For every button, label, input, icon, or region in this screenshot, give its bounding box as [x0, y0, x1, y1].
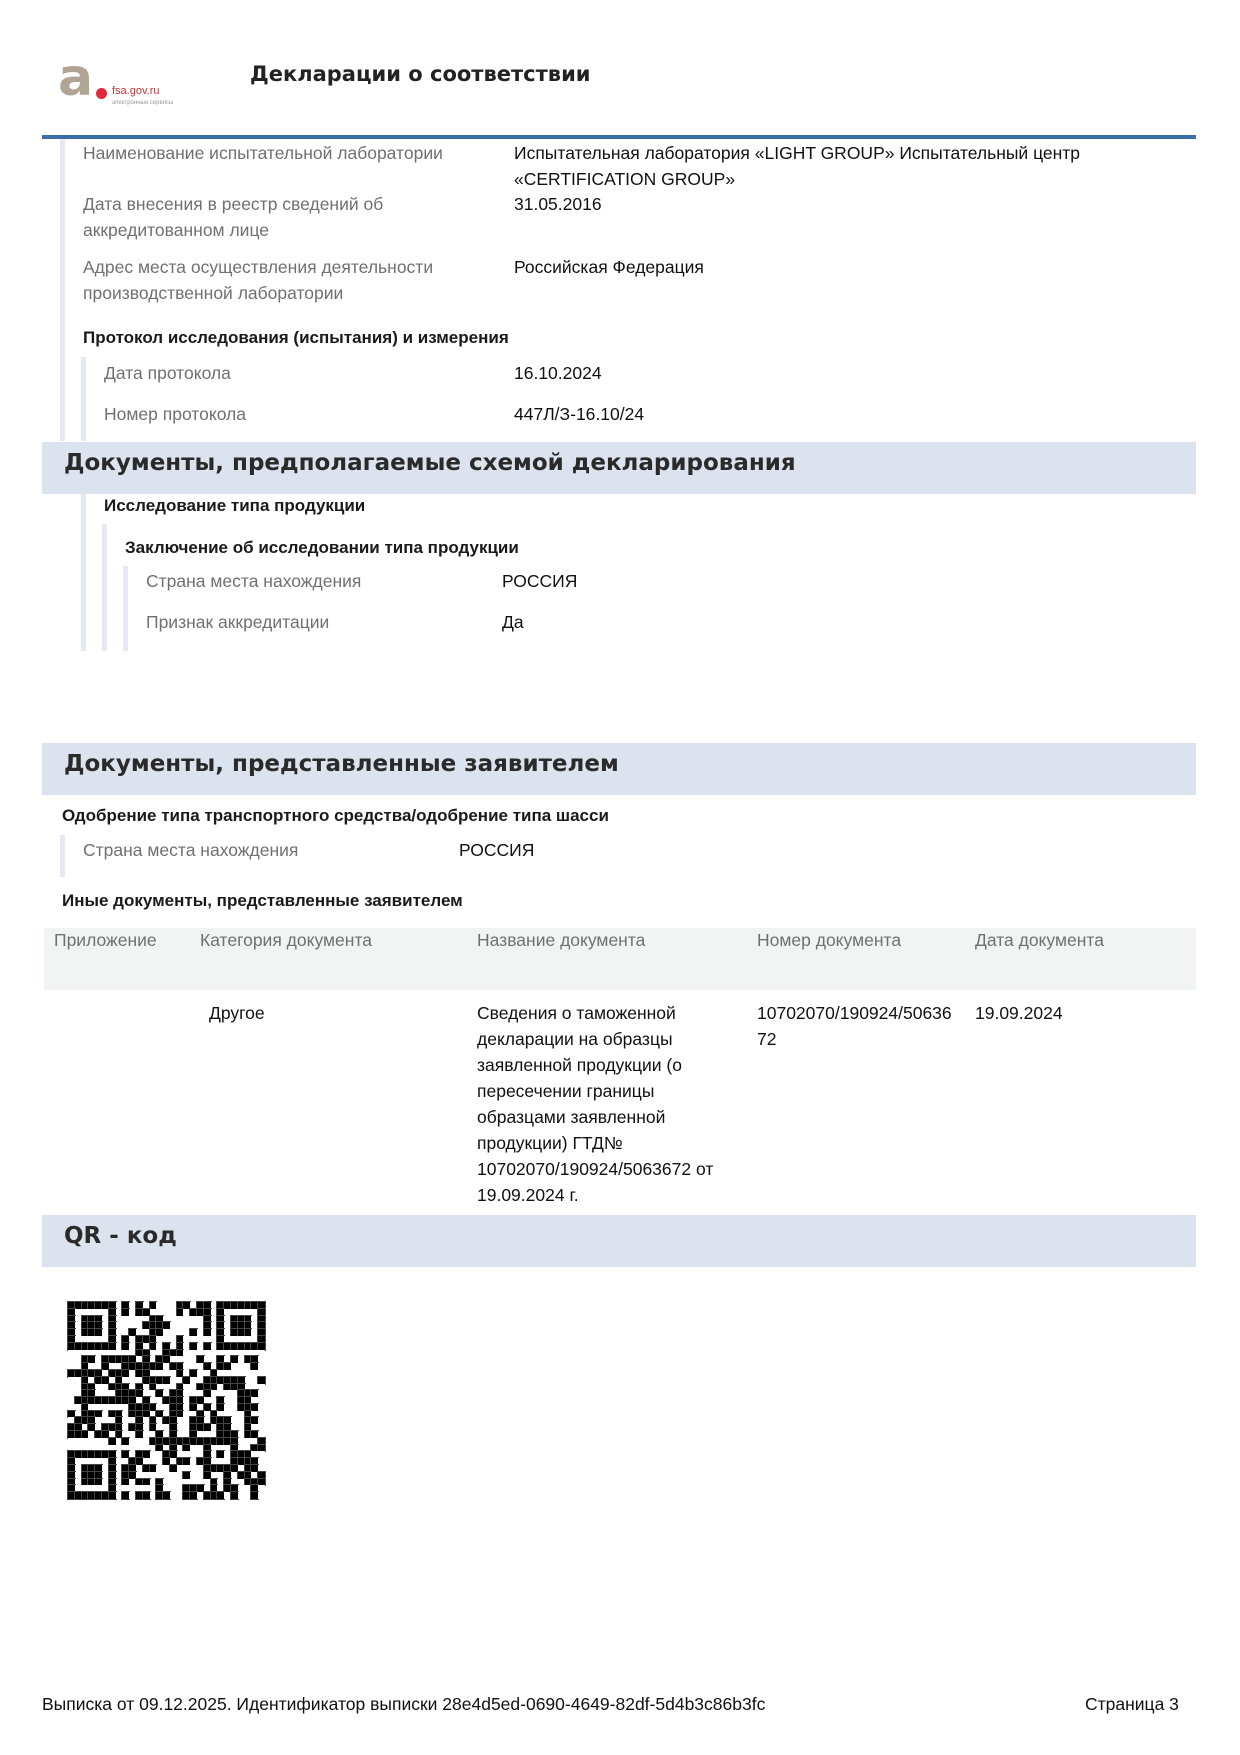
- scheme-indent-bar: [81, 494, 86, 651]
- lab-address-label: Адрес места осуществления деятельности п…: [83, 254, 503, 306]
- section-title: Документы, представленные заявителем: [64, 751, 619, 777]
- logo-site: fsa.gov.ru: [112, 85, 160, 97]
- protocol-number-label: Номер протокола: [104, 401, 246, 427]
- section-title: QR - код: [64, 1223, 177, 1249]
- logo-subtitle: электронные сервисы: [112, 100, 173, 106]
- conclusion-indent-bar: [102, 524, 107, 651]
- page-header: a fsa.gov.ru электронные сервисы Деклара…: [0, 0, 1240, 140]
- protocol-date-label: Дата протокола: [104, 360, 231, 386]
- col-date: Дата документа: [975, 930, 1104, 951]
- cell-number: 10702070/190924/5063672: [757, 1000, 957, 1052]
- conclusion-country-label: Страна места нахождения: [146, 568, 361, 594]
- section-scheme-docs: Документы, предполагаемые схемой деклари…: [42, 442, 1196, 494]
- accreditation-value: Да: [502, 609, 524, 635]
- cell-name: Сведения о таможенной декларации на обра…: [477, 1000, 737, 1208]
- col-number: Номер документа: [757, 930, 901, 951]
- approval-title: Одобрение типа транспортного средства/од…: [62, 806, 609, 826]
- cell-date: 19.09.2024: [975, 1000, 1063, 1026]
- registry-date-label: Дата внесения в реестр сведений об аккре…: [83, 191, 443, 243]
- other-docs-title: Иные документы, представленные заявителе…: [62, 891, 463, 911]
- footer-extract-id: Выписка от 09.12.2025. Идентификатор вып…: [42, 1694, 765, 1715]
- conclusion-country-value: РОССИЯ: [502, 568, 577, 594]
- document-title: Декларации о соответствии: [250, 62, 591, 86]
- protocol-title: Протокол исследования (испытания) и изме…: [83, 328, 509, 348]
- header-divider: [42, 135, 1196, 139]
- cell-category: Другое: [209, 1000, 265, 1026]
- protocol-number-value: 447Л/З-16.10/24: [514, 401, 644, 427]
- approval-country-label: Страна места нахождения: [83, 837, 298, 863]
- protocol-indent-bar: [81, 357, 86, 441]
- lab-indent-bar: [60, 139, 65, 441]
- registry-date-value: 31.05.2016: [514, 191, 602, 217]
- approval-country-value: РОССИЯ: [459, 837, 534, 863]
- fsa-logo: a fsa.gov.ru электронные сервисы: [58, 58, 208, 112]
- lab-name-value: Испытательная лаборатория «LIGHT GROUP» …: [514, 140, 1154, 192]
- col-name: Название документа: [477, 930, 645, 951]
- logo-a-icon: a: [58, 52, 93, 104]
- conclusion-fields-bar: [123, 566, 128, 651]
- approval-indent-bar: [60, 835, 65, 877]
- col-category: Категория документа: [200, 930, 372, 951]
- protocol-date-value: 16.10.2024: [514, 360, 602, 386]
- section-qr: QR - код: [42, 1215, 1196, 1267]
- type-study-title: Исследование типа продукции: [104, 496, 365, 516]
- lab-name-label: Наименование испытательной лаборатории: [83, 140, 503, 166]
- page-number: Страница 3: [1085, 1694, 1179, 1715]
- logo-dot-icon: [96, 88, 107, 99]
- lab-address-value: Российская Федерация: [514, 254, 704, 280]
- conclusion-title: Заключение об исследовании типа продукци…: [125, 538, 519, 558]
- section-title: Документы, предполагаемые схемой деклари…: [64, 450, 796, 476]
- qr-code-icon: [68, 1302, 265, 1499]
- accreditation-label: Признак аккредитации: [146, 609, 329, 635]
- col-attachment: Приложение: [54, 930, 157, 951]
- section-applicant-docs: Документы, представленные заявителем: [42, 743, 1196, 795]
